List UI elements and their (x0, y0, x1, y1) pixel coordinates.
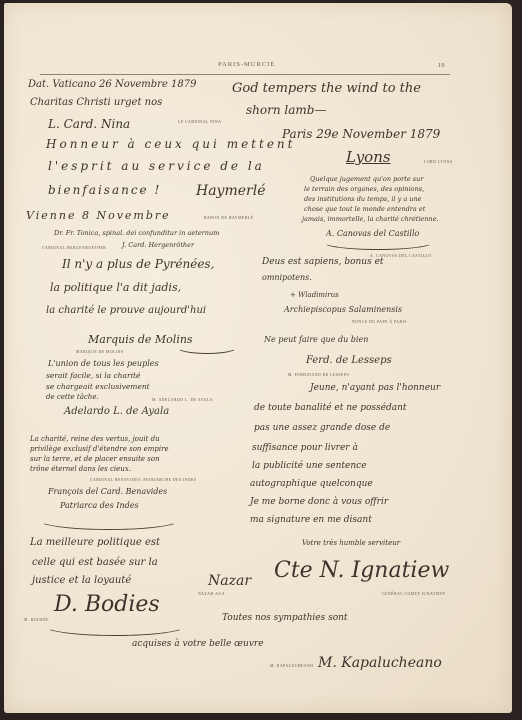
autograph-note-line-5: la publicité une sentence (252, 462, 367, 471)
caption-bouree: M. BOURÉE (24, 618, 49, 622)
autograph-ayala-line-4: de cette tâche. (46, 394, 99, 401)
caption-ayala: M. ADELARDO L. DE AYALA (152, 398, 213, 402)
autograph-benavides-line-3: sur la terre, et de placer ensuite son (30, 456, 160, 463)
autograph-lyons-signature: Lyons (346, 150, 391, 165)
benavides-flourish (38, 510, 180, 530)
caption-lyons: LORD LYONS (424, 160, 453, 164)
autograph-bouree-signature: D. Bodies (54, 594, 160, 616)
caption-hergenrother: CARDINAL HERGENROETHER (42, 246, 106, 250)
autograph-lyons-line-1: God tempers the wind to the (232, 82, 421, 95)
autograph-ayala-line-2: serait facile, si la charité (46, 372, 140, 380)
autograph-note-line-4: suffisance pour livrer à (252, 444, 358, 453)
page-number: 19 (438, 62, 445, 69)
autograph-lyons-date: Paris 29e November 1879 (282, 128, 440, 140)
autograph-nina-line-1: Dat. Vaticano 26 Novembre 1879 (28, 80, 197, 90)
canovas-flourish (322, 234, 434, 250)
autograph-nonce-line-4: Archiepiscopus Salaminensis (284, 306, 402, 314)
autograph-kapalucheano-line-2: acquises à votre belle œuvre (132, 640, 264, 649)
autograph-lyons-line-2: shorn lamb— (246, 104, 326, 116)
autograph-note-line-1: Jeune, n'ayant pas l'honneur (310, 384, 440, 393)
autograph-molins-line-1: Il n'y a plus de Pyrénées, (62, 258, 214, 270)
autograph-note-line-3: pas une assez grande dose de (254, 424, 390, 433)
autograph-benavides-signature: François del Card. Benavides (48, 488, 167, 496)
autograph-nonce-line-3: + Wladimirus (290, 292, 339, 299)
caption-ignatiew: GÉNÉRAL COMTE IGNATIEFF (382, 592, 445, 596)
autograph-haymerle-date: Vienne 8 Novembre (26, 210, 171, 221)
autograph-note-line-6: autographique quelconque (250, 480, 373, 489)
autograph-canovas-line-2: le terrain des organes, des opinions, (304, 186, 424, 193)
caption-molins: MARQUIS DE MOLINS (76, 350, 124, 354)
autograph-lesseps-line-1: Ne peut faire que du bien (264, 336, 368, 344)
autograph-bouree-line-3: justice et la loyauté (32, 576, 131, 586)
autograph-note-line-7: Je me borne donc à vous offrir (250, 498, 388, 507)
caption-nonce: NONCE DU PAPE À PARIS (352, 320, 407, 324)
autograph-ayala-signature: Adelardo L. de Ayala (64, 407, 169, 417)
autograph-molins-line-3: la charité le prouve aujourd'hui (46, 306, 206, 316)
autograph-nonce-line-1: Deus est sapiens, bonus et (262, 258, 384, 267)
autograph-ignatiew-signature: Cte N. Ignatiew (274, 560, 449, 582)
autograph-benavides-title: Patriarca des Indes (60, 502, 139, 510)
autograph-lesseps-signature: Ferd. de Lesseps (306, 356, 392, 366)
autograph-benavides-line-4: trône éternel dans les cieux. (30, 466, 131, 473)
running-header: PARIS-MURCIE (218, 61, 275, 68)
caption-haymerle: BARON DE HAYMERLÉ (204, 216, 254, 220)
caption-lesseps: M. FERDINAND DE LESSEPS (288, 373, 349, 377)
caption-kapalucheano: M. KAPALUCHEANO (270, 664, 314, 668)
autograph-benavides-line-1: La charité, reine des vertus, jouit du (30, 436, 160, 443)
bouree-flourish (44, 616, 186, 636)
autograph-ayala-line-3: se chargeait exclusivement (46, 383, 150, 391)
autograph-hergenrother-line-1: Dr. Fr. Tonica, spinal. dei confunditur … (54, 230, 219, 237)
autograph-benavides-line-2: privilège exclusif d'étendre son empire (30, 446, 169, 453)
autograph-canovas-line-4: chose que tout le monde entendra et (304, 206, 425, 213)
autograph-nina-signature: L. Card. Nina (48, 118, 130, 130)
caption-benavides: CARDINAL BENAVIDES, PATRIARCHE DES INDES (90, 478, 197, 482)
autograph-kapalucheano-signature: M. Kapalucheano (318, 656, 442, 670)
autograph-haymerle-line-1: Honneur à ceux qui mettent (46, 138, 295, 150)
autograph-ayala-line-1: L'union de tous les peuples (48, 360, 159, 368)
caption-nazar: NAZAR-AGA (198, 592, 225, 596)
autograph-note-line-8: ma signature en me disant (250, 516, 372, 525)
autograph-note-line-2: de toute banalité et ne possédant (254, 404, 407, 413)
caption-nina: LE CARDINAL NINA (178, 120, 222, 124)
autograph-haymerle-line-3: bienfaisance ! (48, 184, 161, 196)
autograph-nonce-line-2: omnipotens. (262, 274, 312, 282)
autograph-nazar-signature: Nazar (208, 574, 251, 588)
autograph-canovas-line-1: Quelque jugement qu'on porte sur (310, 176, 423, 183)
autograph-haymerle-signature: Haymerlé (196, 184, 265, 198)
autograph-hergenrother-signature: J. Card. Hergenröther (122, 242, 194, 249)
molins-flourish (176, 340, 238, 354)
autograph-molins-line-2: la politique l'a dit jadis, (50, 282, 181, 293)
autograph-haymerle-line-2: l'esprit au service de la (48, 160, 265, 172)
header-rule (40, 74, 450, 75)
autograph-molins-signature: Marquis de Molins (88, 334, 193, 345)
autograph-bouree-line-1: La meilleure politique est (30, 538, 160, 548)
autograph-bouree-line-2: celle qui est basée sur la (32, 558, 158, 568)
autograph-canovas-line-5: jamais, immortelle, la charité chrétienn… (302, 216, 439, 223)
autograph-note-closing: Votre très humble serviteur (302, 540, 400, 547)
autograph-nina-line-2: Charitas Christi urget nos (30, 98, 162, 108)
autograph-kapalucheano-line-1: Toutes nos sympathies sont (222, 614, 348, 623)
autograph-canovas-line-3: des institutions du temps, il y a une (304, 196, 421, 203)
